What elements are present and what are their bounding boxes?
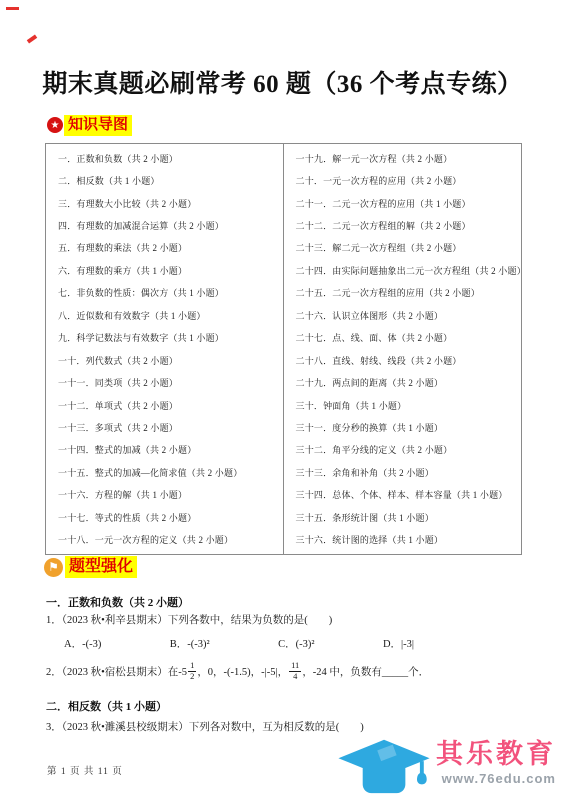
toc-item: 二十四．由实际问题抽象出二元一次方程组（共 2 小题） <box>296 259 520 281</box>
toc-item: 三十二．角平分线的定义（共 2 小题） <box>296 439 520 461</box>
option-c: C．(-3)² <box>278 636 314 651</box>
toc-item: 三十．钟面角（共 1 小题） <box>296 394 520 416</box>
star-icon: ★ <box>47 117 63 133</box>
toc-item: 二十三．解二元一次方程组（共 2 小题） <box>296 237 520 259</box>
exercise-badge: ⚑ 题型强化 <box>44 556 137 578</box>
page-number: 第 1 页 共 11 页 <box>47 763 123 777</box>
toc-item: 一十．列代数式（共 2 小题） <box>58 349 281 371</box>
option-d: D．|-3| <box>383 636 414 651</box>
red-annotation-mark <box>6 7 19 10</box>
toc-item: 九．科学记数法与有效数字（共 1 小题） <box>58 327 281 349</box>
fraction-eleven-fourths: 11 4 <box>289 661 301 682</box>
toc-item: 二十八．直线、射线、线段（共 2 小题） <box>296 349 520 371</box>
toc-item: 五．有理数的乘法（共 2 小题） <box>58 237 281 259</box>
toc-item: 四．有理数的加减混合运算（共 2 小题） <box>58 214 281 236</box>
knowledge-map-label: 知识导图 <box>64 115 132 136</box>
toc-item: 一十九．解一元一次方程（共 2 小题） <box>296 147 520 169</box>
toc-item: 一．正数和负数（共 2 小题） <box>58 147 281 169</box>
toc-item: 一十八．一元一次方程的定义（共 2 小题） <box>58 528 281 550</box>
question-2-text: 2．（2023 秋•宿松县期末）在-5 1 2 ，0，-(-1.5)，-|-5|… <box>46 654 429 688</box>
topic-index-right-column: 一十九．解一元一次方程（共 2 小题） 二十．一元一次方程的应用（共 2 小题）… <box>284 144 522 554</box>
section-heading-opposite-numbers: 二．相反数（共 1 小题） <box>46 698 167 714</box>
toc-item: 三十一．度分秒的换算（共 1 小题） <box>296 416 520 438</box>
question-1-options: A．-(-3) B．-(-3)² C．(-3)² D．|-3| <box>64 636 414 651</box>
option-a: A．-(-3) <box>64 636 101 651</box>
fraction-one-half: 1 2 <box>188 661 196 682</box>
page-title: 期末真题必刷常考 60 题（36 个考点专练） <box>0 64 565 100</box>
toc-item: 二十一．二元一次方程的应用（共 1 小题） <box>296 192 520 214</box>
exercise-label: 题型强化 <box>65 556 137 578</box>
topic-index-table: 一．正数和负数（共 2 小题） 二．相反数（共 1 小题） 三．有理数大小比较（… <box>45 143 522 555</box>
toc-item: 二十五．二元一次方程组的应用（共 2 小题） <box>296 282 520 304</box>
question-2-suffix: ，-24 中，负数有_____个． <box>302 664 429 679</box>
toc-item: 一十七．等式的性质（共 2 小题） <box>58 506 281 528</box>
question-3-text: 3．（2023 秋•濉溪县校级期末）下列各对数中，互为相反数的是( ) <box>46 719 364 734</box>
toc-item: 三十三．余角和补角（共 2 小题） <box>296 461 520 483</box>
knowledge-map-badge: ★ 知识导图 <box>47 115 132 136</box>
toc-item: 三．有理数大小比较（共 2 小题） <box>58 192 281 214</box>
toc-item: 二十七．点、线、面、体（共 2 小题） <box>296 327 520 349</box>
toc-item: 一十一．同类项（共 2 小题） <box>58 371 281 393</box>
question-2-middle: ，0，-(-1.5)，-|-5|， <box>197 664 288 679</box>
toc-item: 二十．一元一次方程的应用（共 2 小题） <box>296 169 520 191</box>
topic-index-left-column: 一．正数和负数（共 2 小题） 二．相反数（共 1 小题） 三．有理数大小比较（… <box>46 144 284 554</box>
toc-item: 一十五．整式的加减—化简求值（共 2 小题） <box>58 461 281 483</box>
toc-item: 二十九．两点间的距离（共 2 小题） <box>296 371 520 393</box>
toc-item: 二．相反数（共 1 小题） <box>58 169 281 191</box>
option-b: B．-(-3)² <box>170 636 210 651</box>
document-page: 期末真题必刷常考 60 题（36 个考点专练） ★ 知识导图 一．正数和负数（共… <box>0 0 565 800</box>
toc-item: 一十六．方程的解（共 1 小题） <box>58 484 281 506</box>
toc-item: 三十五．条形统计图（共 1 小题） <box>296 506 520 528</box>
brand-name: 其乐教育 <box>436 741 556 768</box>
red-annotation-mark <box>27 34 37 43</box>
toc-item: 三十六．统计图的选择（共 1 小题） <box>296 528 520 550</box>
brand-url: www.76edu.com <box>442 771 556 786</box>
toc-item: 二十六．认识立体图形（共 2 小题） <box>296 304 520 326</box>
toc-item: 一十三．多项式（共 2 小题） <box>58 416 281 438</box>
toc-item: 三十四．总体、个体、样本、样本容量（共 1 小题） <box>296 484 520 506</box>
toc-item: 二十二．二元一次方程组的解（共 2 小题） <box>296 214 520 236</box>
flag-icon: ⚑ <box>44 558 63 577</box>
section-heading-positive-negative: 一．正数和负数（共 2 小题） <box>46 594 189 610</box>
toc-item: 一十四．整式的加减（共 2 小题） <box>58 439 281 461</box>
toc-item: 七．非负数的性质：偶次方（共 1 小题） <box>58 282 281 304</box>
question-2-prefix: 2．（2023 秋•宿松县期末）在-5 <box>46 664 187 679</box>
graduation-cap-icon <box>336 733 434 797</box>
toc-item: 一十二．单项式（共 2 小题） <box>58 394 281 416</box>
toc-item: 八．近似数和有效数字（共 1 小题） <box>58 304 281 326</box>
toc-item: 六．有理数的乘方（共 1 小题） <box>58 259 281 281</box>
brand-logo: 其乐教育 www.76edu.com <box>336 733 565 797</box>
question-1-text: 1．（2023 秋•利辛县期末）下列各数中，结果为负数的是( ) <box>46 612 332 627</box>
brand-text-block: 其乐教育 www.76edu.com <box>436 733 556 786</box>
